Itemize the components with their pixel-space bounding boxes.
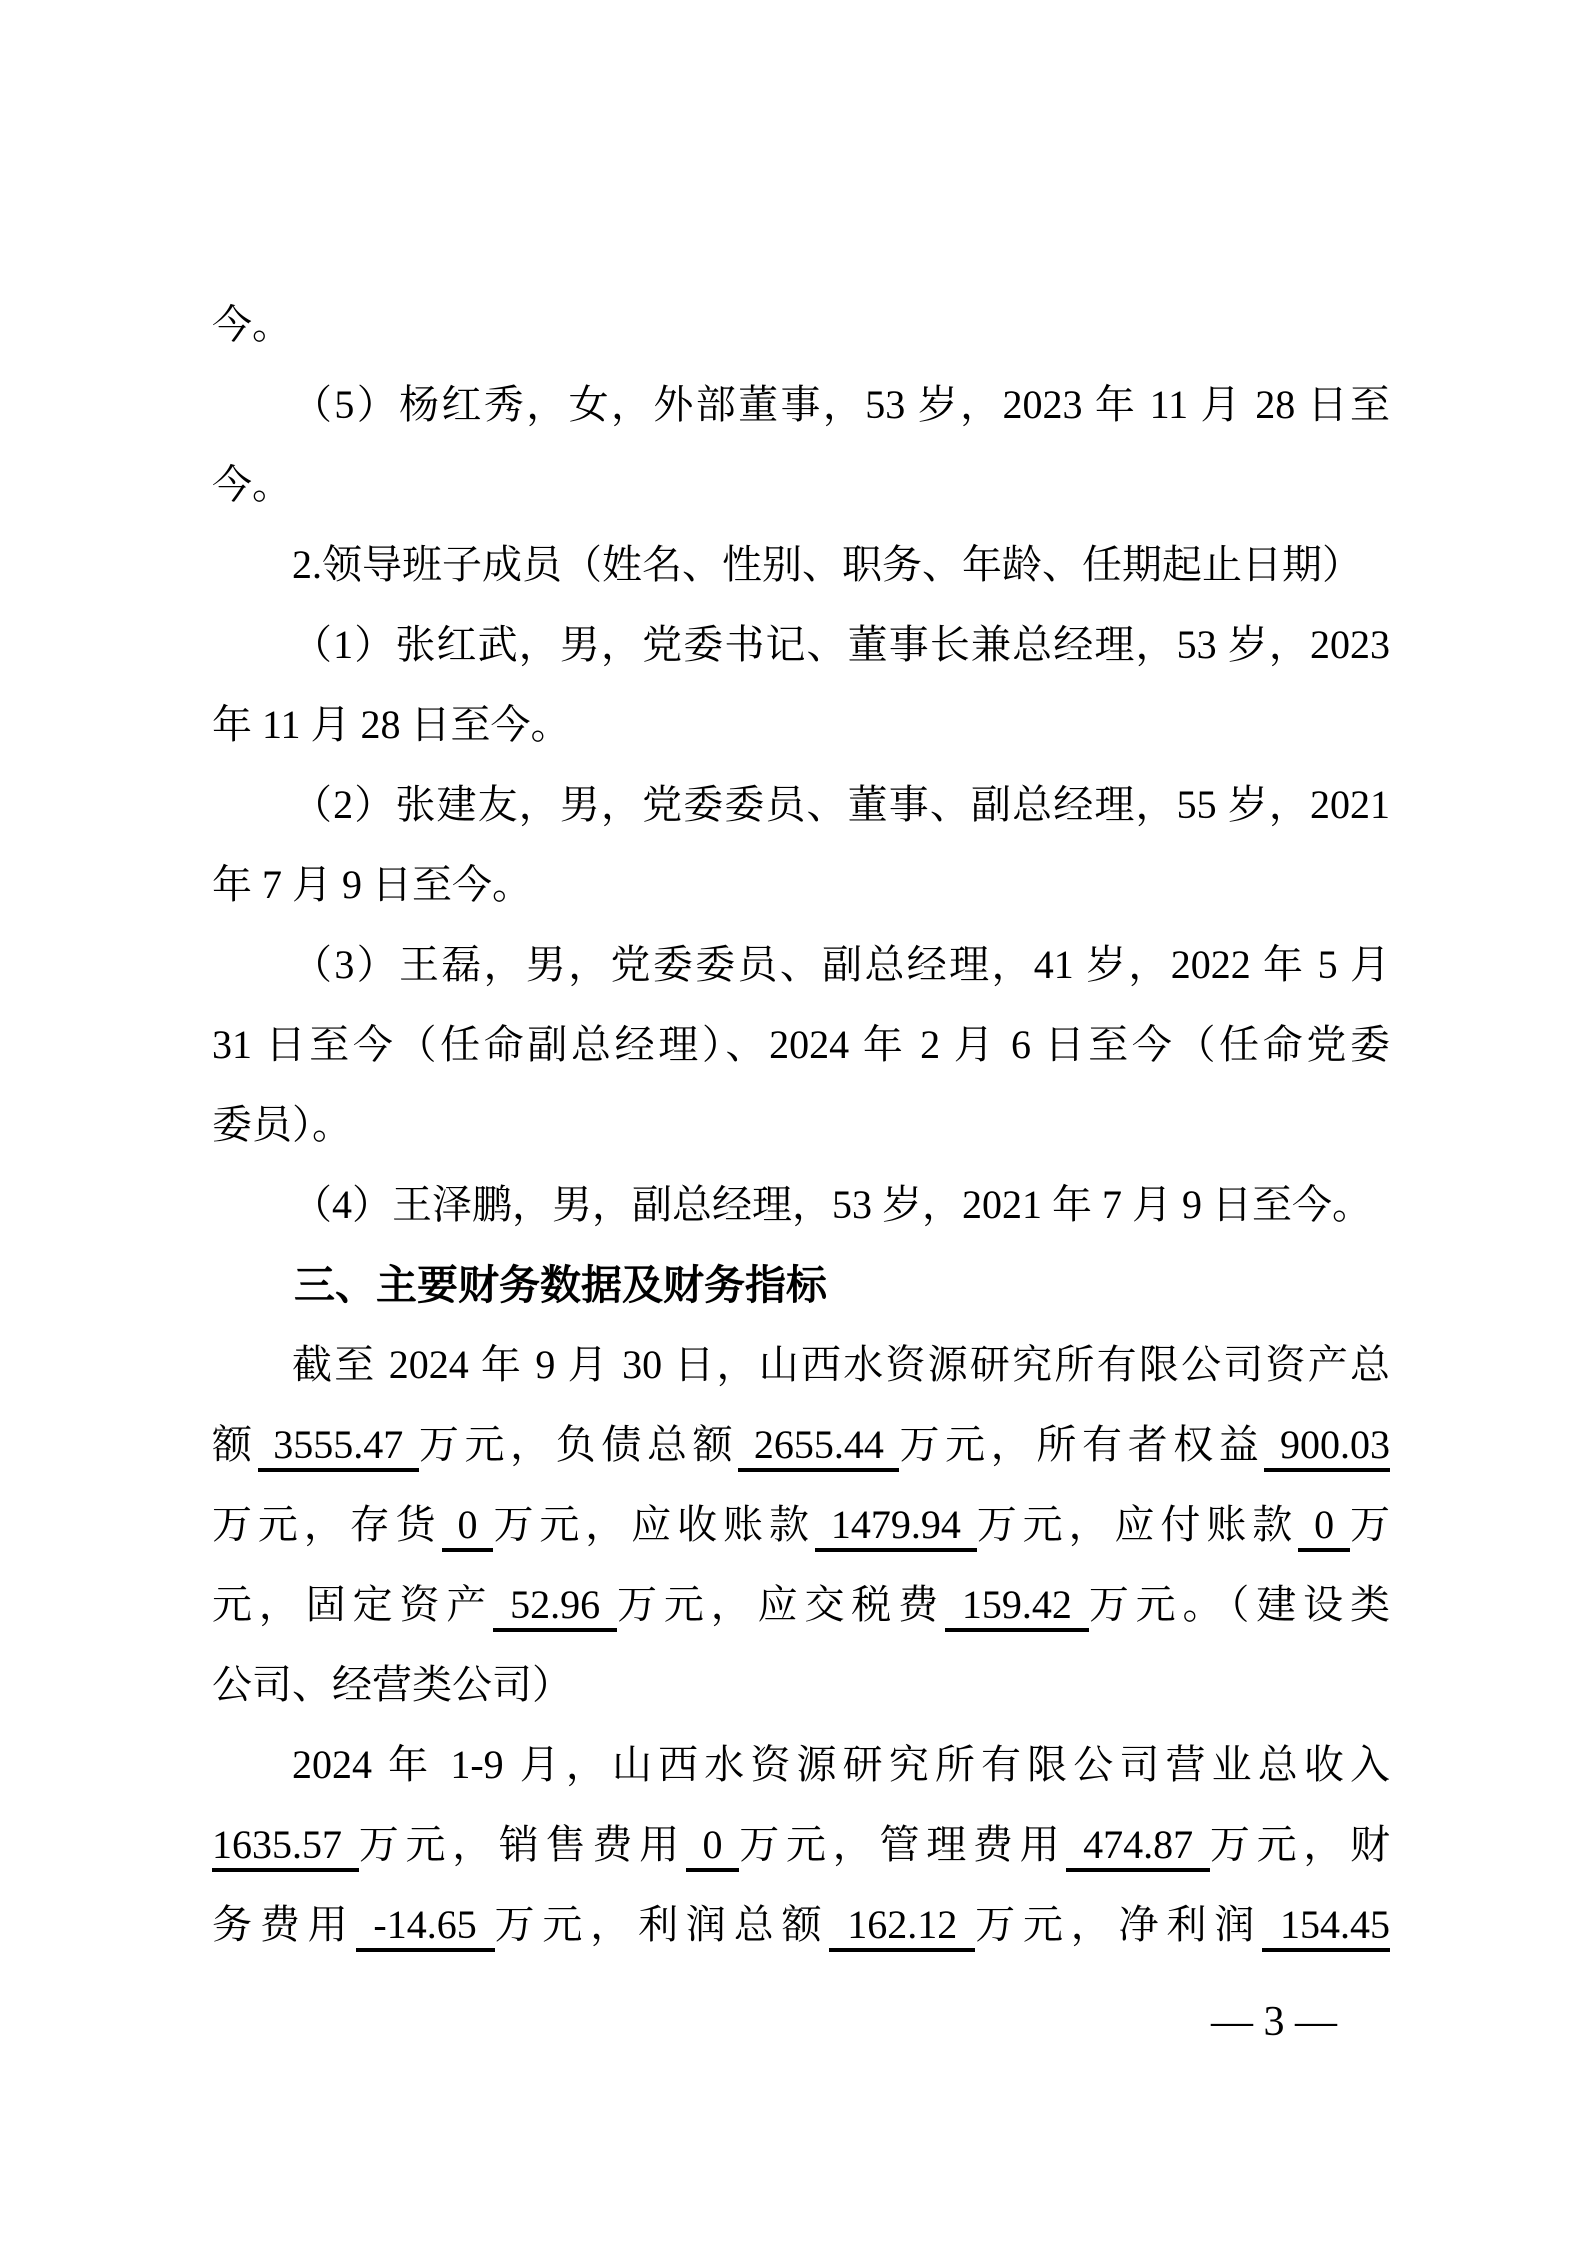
text-run: 年 11 月 28 日至今。 [212,702,571,747]
underlined-value: 3555.47 [258,1422,419,1472]
text-run: 31 日至今（任命副总经理）、2024 年 2 月 6 日至今（任命党委 [212,1022,1390,1067]
text-run: 务费用 [212,1902,356,1947]
text-run: 今。 [212,462,292,507]
underlined-value: 0 [686,1822,739,1872]
text-line: 万元，存货 0 万元，应收账款 1479.94 万元，应付账款 0 万 [212,1485,1390,1565]
text-run: 万元，负债总额 [419,1422,738,1467]
text-line: （4）王泽鹏，男，副总经理，53 岁，2021 年 7 月 9 日至今。 [212,1165,1390,1245]
text-run: （1）张红武，男，党委书记、董事长兼总经理，53 岁，2023 [292,622,1390,667]
text-run: 万元，应付账款 [977,1502,1298,1547]
text-run: 万元，财 [1210,1822,1390,1867]
text-run: （2）张建友，男，党委委员、董事、副总经理，55 岁，2021 [292,782,1390,827]
text-run: 委员）。 [212,1102,352,1147]
text-run: 万元，净利润 [975,1902,1262,1947]
underlined-value: 1635.57 [212,1822,359,1872]
text-run: 截至 2024 年 9 月 30 日，山西水资源研究所有限公司资产总 [292,1342,1390,1387]
text-run: 三、主要财务数据及财务指标 [294,1262,827,1308]
text-line: 今。 [212,285,1390,365]
text-run: 年 7 月 9 日至今。 [212,862,532,907]
text-run: 万元，利润总额 [495,1902,830,1947]
text-run: 万元。（建设类 [1089,1582,1390,1627]
underlined-value: 159.42 [945,1582,1089,1632]
text-run: （3）王磊，男，党委委员、副总经理，41 岁，2022 年 5 月 [292,942,1390,987]
underlined-value: -14.65 [356,1902,495,1952]
text-run: （4）王泽鹏，男，副总经理，53 岁，2021 年 7 月 9 日至今。 [292,1182,1372,1227]
text-run: 万元，销售费用 [359,1822,686,1867]
text-run: 万元，应收账款 [493,1502,814,1547]
text-line: （5）杨红秀，女，外部董事，53 岁，2023 年 11 月 28 日至 [212,365,1390,445]
text-line: 31 日至今（任命副总经理）、2024 年 2 月 6 日至今（任命党委 [212,1005,1390,1085]
text-run: 万元，所有者权益 [899,1422,1264,1467]
text-line: 务费用 -14.65 万元，利润总额 162.12 万元，净利润 154.45 [212,1885,1390,1965]
underlined-value: 0 [1298,1502,1350,1552]
text-line: （2）张建友，男，党委委员、董事、副总经理，55 岁，2021 [212,765,1390,845]
text-line: 今。 [212,445,1390,525]
underlined-value: 0 [442,1502,494,1552]
underlined-value: 52.96 [493,1582,617,1632]
text-run: 万元，应交税费 [617,1582,945,1627]
section-heading: 三、主要财务数据及财务指标 [212,1245,1390,1325]
text-run: （5）杨红秀，女，外部董事，53 岁，2023 年 11 月 28 日至 [292,382,1390,427]
text-line: 2.领导班子成员（姓名、性别、职务、年龄、任期起止日期） [212,525,1390,605]
text-line: （1）张红武，男，党委书记、董事长兼总经理，53 岁，2023 [212,605,1390,685]
text-run: 公司、经营类公司） [212,1662,572,1707]
document-body: 今。（5）杨红秀，女，外部董事，53 岁，2023 年 11 月 28 日至今。… [212,285,1390,1965]
underlined-value: 1479.94 [815,1502,977,1552]
text-line: 年 7 月 9 日至今。 [212,845,1390,925]
page-number: — 3 — [0,1992,1337,2052]
text-line: 截至 2024 年 9 月 30 日，山西水资源研究所有限公司资产总 [212,1325,1390,1405]
document-page: 今。（5）杨红秀，女，外部董事，53 岁，2023 年 11 月 28 日至今。… [0,0,1587,2245]
text-run: 2024 年 1-9 月，山西水资源研究所有限公司营业总收入 [292,1742,1390,1787]
text-line: 委员）。 [212,1085,1390,1165]
underlined-value: 2655.44 [738,1422,899,1472]
underlined-value: 900.03 [1264,1422,1390,1472]
text-line: 公司、经营类公司） [212,1645,1390,1725]
text-line: 元，固定资产 52.96 万元，应交税费 159.42 万元。（建设类 [212,1565,1390,1645]
text-line: 年 11 月 28 日至今。 [212,685,1390,765]
text-line: 额 3555.47 万元，负债总额 2655.44 万元，所有者权益 900.0… [212,1405,1390,1485]
text-run: 额 [212,1422,258,1467]
text-run: 万 [1350,1502,1390,1547]
underlined-value: 474.87 [1066,1822,1209,1872]
text-run: 今。 [212,302,292,347]
underlined-value: 154.45 [1262,1902,1390,1952]
text-line: 2024 年 1-9 月，山西水资源研究所有限公司营业总收入 [212,1725,1390,1805]
underlined-value: 162.12 [829,1902,975,1952]
text-line: 1635.57 万元，销售费用 0 万元，管理费用 474.87 万元，财 [212,1805,1390,1885]
text-run: 2.领导班子成员（姓名、性别、职务、年龄、任期起止日期） [292,542,1362,587]
text-run: 元，固定资产 [212,1582,493,1627]
text-run: 万元，管理费用 [739,1822,1066,1867]
text-run: 万元，存货 [212,1502,442,1547]
text-line: （3）王磊，男，党委委员、副总经理，41 岁，2022 年 5 月 [212,925,1390,1005]
